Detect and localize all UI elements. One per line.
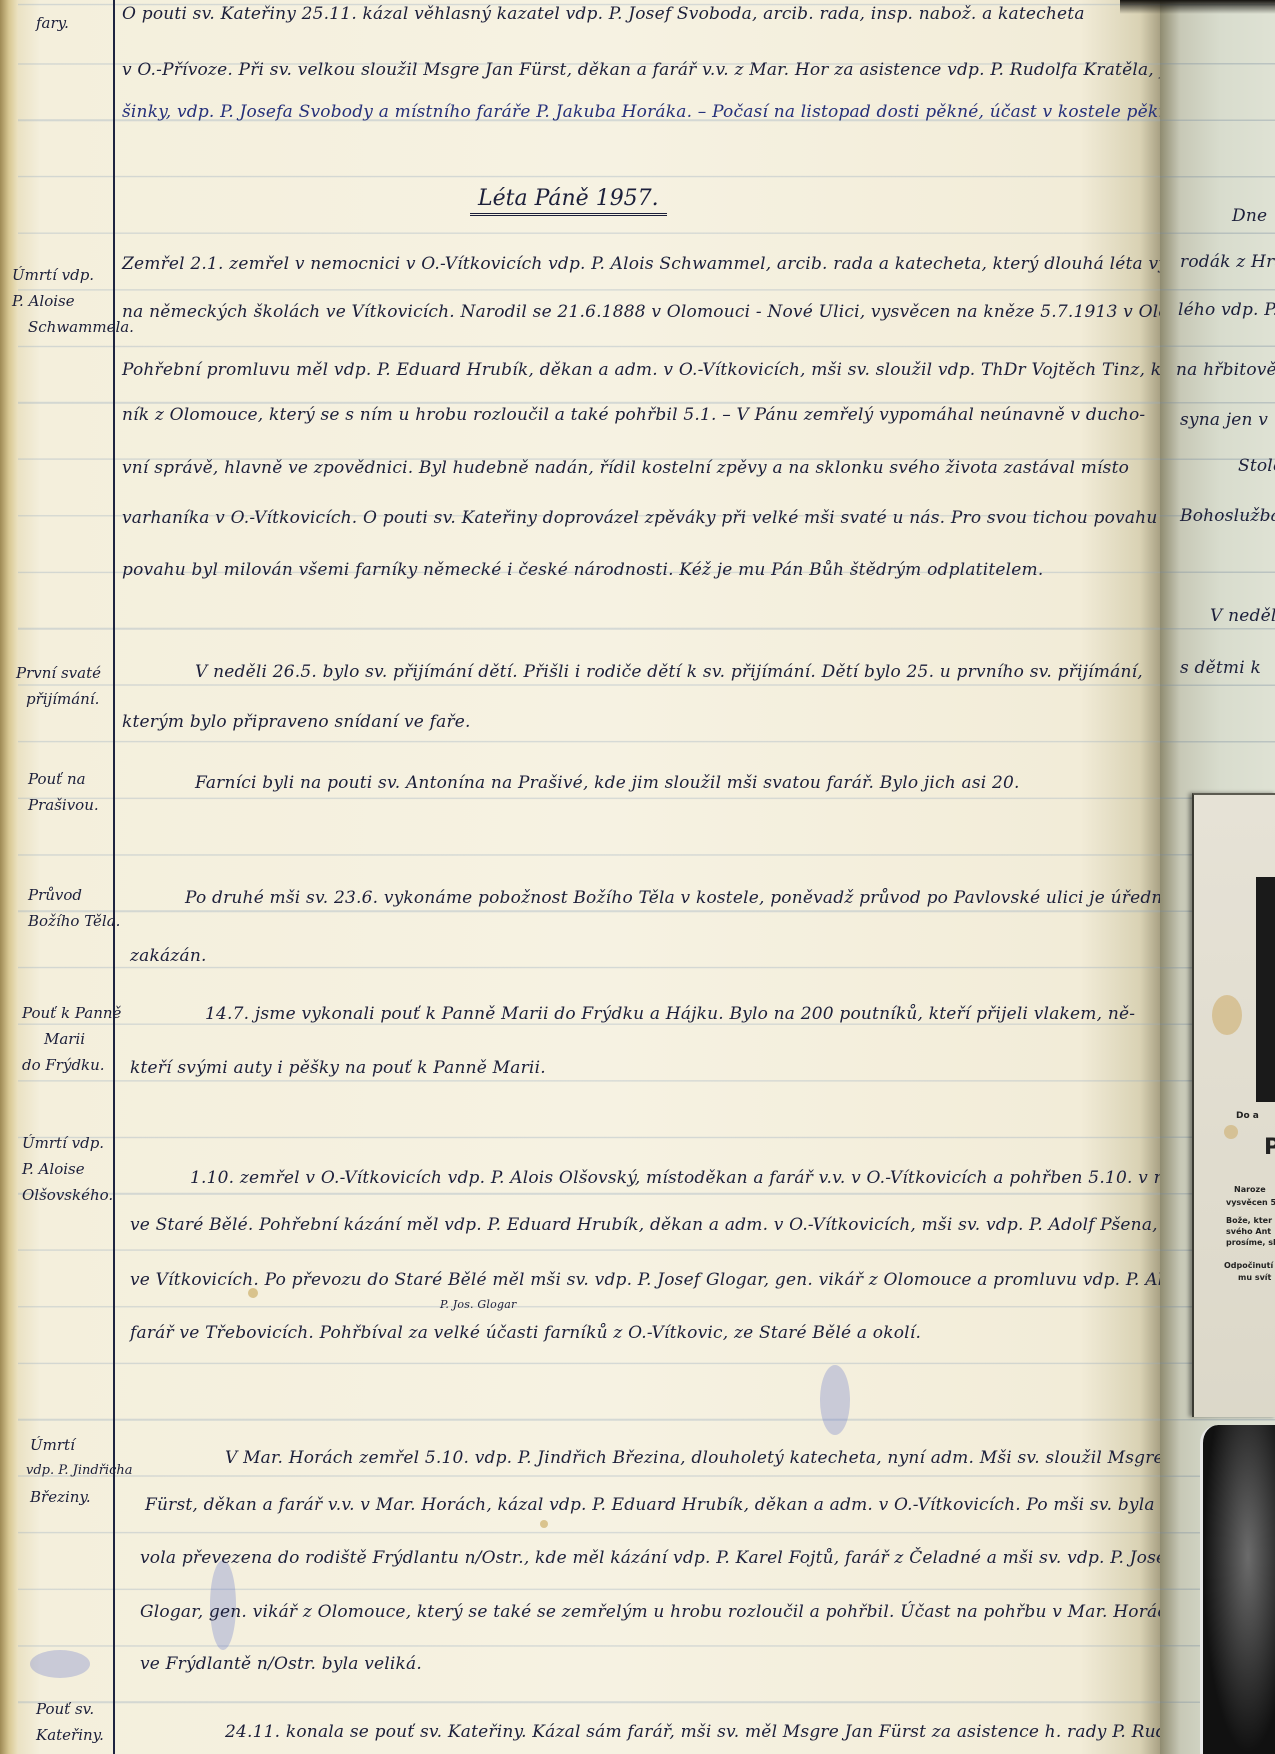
text-line: povahu byl milován všemi farníky německé… [122,560,1043,580]
text-line: V neděli 26.5. bylo sv. přijímání dětí. … [195,662,1143,682]
margin-note: První svaté přijímání. [16,660,101,712]
card-text: prosíme, sl [1226,1238,1275,1247]
text-line: V neděli [1210,606,1275,626]
margin-note: Průvod Božího Těla. [28,882,120,934]
stain [1224,1125,1238,1139]
text-line: 24.11. konala se pouť sv. Kateřiny. Káza… [225,1722,1200,1742]
text-line: Dne [1232,206,1267,226]
text-line: šinky, vdp. P. Josefa Svobody a místního… [122,102,1186,122]
text-line: Po druhé mši sv. 23.6. vykonáme pobožnos… [185,888,1173,908]
text-line: Stole- [1238,456,1275,476]
text-line: na německých školách ve Vítkovicích. Nar… [122,302,1228,322]
text-line: syna jen v [1180,410,1268,430]
card-text: svého Ant [1226,1227,1271,1236]
text-line: ník z Olomouce, který se s ním u hrobu r… [122,405,1145,425]
text-line: kterým bylo připraveno snídaní ve faře. [122,712,471,732]
stain [1212,995,1242,1035]
page-shadow [1120,0,1275,14]
interlinear-note: P. Jos. Glogar [440,1298,516,1311]
text-line: Glogar, gen. vikář z Olomouce, který se … [140,1602,1178,1622]
card-photo [1256,877,1275,1102]
text-line: 1.10. zemřel v O.-Vítkovicích vdp. P. Al… [190,1168,1263,1188]
text-line: ve Frýdlantě n/Ostr. byla veliká. [140,1654,422,1674]
margin-note: Pouť na Prašivou. [28,766,99,818]
chronicle-page: fary. O pouti sv. Kateřiny 25.11. kázal … [0,0,1160,1754]
text-line: 14.7. jsme vykonali pouť k Panně Marii d… [205,1004,1135,1024]
text-line: s dětmi k [1180,658,1261,678]
text-line: kteří svými auty i pěšky na pouť k Panně… [130,1058,546,1078]
margin-note: Úmrtí vdp. P. Aloise Olšovského. [22,1130,113,1208]
text-line: Farníci byli na pouti sv. Antonína na Pr… [195,773,1020,793]
attached-photo [1200,1425,1275,1754]
text-line: varhaníka v O.-Vítkovicích. O pouti sv. … [122,508,1157,528]
margin-note: fary. [36,10,69,36]
text-line: farář ve Třebovicích. Pohřbíval za velké… [130,1323,921,1343]
text-line: lého vdp. P. [1178,300,1275,320]
text-line: ve Staré Bělé. Pohřební kázání měl vdp. … [130,1215,1239,1235]
ink-smudge [30,1650,90,1678]
memorial-card: Do a P Naroze vysvěcen 5 Bože, kter svéh… [1192,793,1275,1417]
card-text: P [1264,1135,1275,1160]
stain [540,1520,548,1528]
card-text: Odpočinutí [1224,1261,1273,1270]
text-line: rodák z Hrab [1180,252,1275,272]
text-line: ve Vítkovicích. Po převozu do Staré Bělé… [130,1270,1247,1290]
card-text: Naroze [1234,1185,1266,1194]
text-line: vola převezena do rodiště Frýdlantu n/Os… [140,1548,1173,1568]
text-line: Fürst, děkan a farář v.v. v Mar. Horách,… [145,1495,1198,1515]
card-text: vysvěcen 5 [1226,1198,1275,1207]
card-text: mu svít [1238,1273,1271,1282]
margin-note: Pouť k Panně Marii do Frýdku. [22,1000,121,1078]
text-line: v O.-Přívoze. Při sv. velkou sloužil Msg… [122,60,1260,80]
year-heading: Léta Páně 1957. [470,186,667,216]
text-line: Bohoslužbám [1180,506,1275,526]
text-line: O pouti sv. Kateřiny 25.11. kázal věhlas… [122,4,1085,24]
text-line: Pohřební promluvu měl vdp. P. Eduard Hru… [122,360,1189,380]
ink-smudge [820,1365,850,1435]
card-text: Bože, kter [1226,1216,1272,1225]
card-text: Do a [1236,1111,1259,1121]
text-line: vní správě, hlavně ve zpovědnici. Byl hu… [122,458,1129,478]
margin-note: Pouť sv. Kateřiny. [36,1696,104,1748]
text-line: Zemřel 2.1. zemřel v nemocnici v O.-Vítk… [122,254,1195,274]
margin-note: Úmrtí vdp. P. Jindřicha Březiny. [30,1432,132,1510]
margin-note: Úmrtí vdp. P. Aloise Schwammela. [12,262,134,340]
text-line: V Mar. Horách zemřel 5.10. vdp. P. Jindř… [225,1448,1198,1468]
text-line: zakázán. [130,946,207,966]
text-line: na hřbitově [1176,360,1275,380]
